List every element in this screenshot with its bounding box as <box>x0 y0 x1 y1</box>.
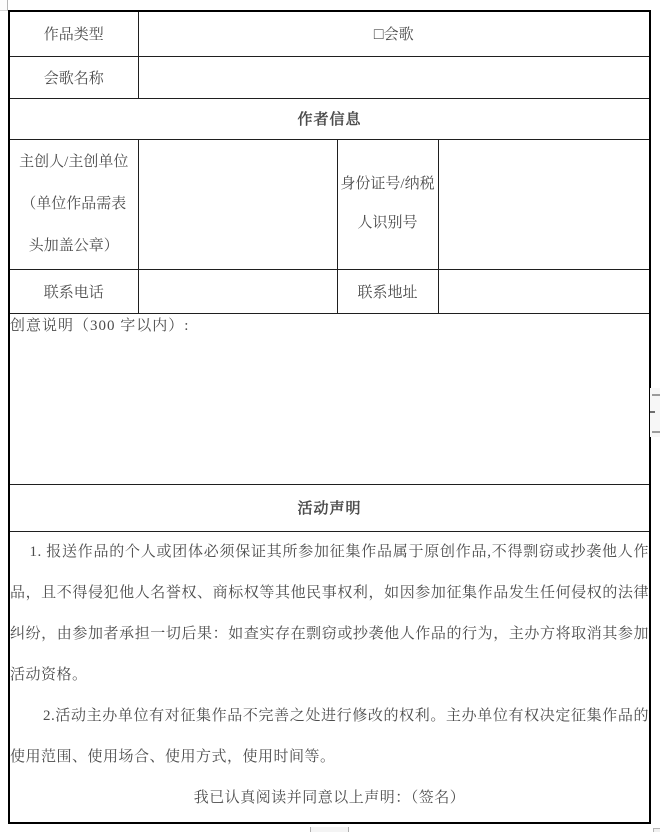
phone-label: 联系电话 <box>9 269 138 313</box>
creator-label: 主创人/主创单位 （单位作品需表 头加盖公章） <box>9 139 138 269</box>
creator-label-line: 主创人/主创单位 <box>10 141 138 183</box>
checkbox-icon[interactable]: □ <box>374 26 384 44</box>
next-page-cell-fragment <box>310 827 349 832</box>
creator-input-cell[interactable] <box>138 139 337 269</box>
creative-note-cell[interactable]: 创意说明（300 字以内）: <box>9 313 650 484</box>
table-row: 1. 报送作品的个人或团体必须保证其所参加征集作品属于原创作品,不得剽窃或抄袭他… <box>9 531 650 823</box>
anthem-name-input-cell[interactable] <box>138 56 650 98</box>
declaration-paragraph-2: 2.活动主办单位有对征集作品不完善之处进行修改的权利。主办单位有权决定征集作品的… <box>10 696 649 778</box>
signature-line: 我已认真阅读并同意以上声明：（签名） <box>10 778 649 819</box>
scrollbar-thumb-icon <box>650 411 655 413</box>
scrollbar-fragment[interactable] <box>650 388 660 437</box>
address-label: 联系地址 <box>337 269 438 313</box>
table-row: 创意说明（300 字以内）: <box>9 313 650 484</box>
table-row: 活动声明 <box>9 484 650 531</box>
work-type-value-cell: □会歌 <box>138 11 650 56</box>
bottom-right-corner-fragment <box>653 828 660 832</box>
work-type-label: 作品类型 <box>9 11 138 56</box>
declaration-paragraph-1: 1. 报送作品的个人或团体必须保证其所参加征集作品属于原创作品,不得剽窃或抄袭他… <box>10 532 649 696</box>
creator-label-line: 头加盖公章） <box>10 225 138 267</box>
id-number-label: 身份证号/纳税 人识别号 <box>337 139 438 269</box>
submission-form-table: 作品类型 □会歌 会歌名称 作者信息 主创人/主创单位 （单位作品需表 头加盖公… <box>8 10 651 824</box>
creative-note-label: 创意说明（300 字以内）: <box>10 318 189 334</box>
creator-label-line: （单位作品需表 <box>10 183 138 225</box>
id-number-input-cell[interactable] <box>438 139 650 269</box>
scrollbar-dash-icon <box>652 431 660 433</box>
table-row: 主创人/主创单位 （单位作品需表 头加盖公章） 身份证号/纳税 人识别号 <box>9 139 650 269</box>
phone-input-cell[interactable] <box>138 269 337 313</box>
author-section-header: 作者信息 <box>9 98 650 139</box>
table-row: 作者信息 <box>9 98 650 139</box>
table-row: 会歌名称 <box>9 56 650 98</box>
table-row: 联系电话 联系地址 <box>9 269 650 313</box>
table-row: 作品类型 □会歌 <box>9 11 650 56</box>
anthem-name-label: 会歌名称 <box>9 56 138 98</box>
work-type-option-label: 会歌 <box>384 27 414 43</box>
id-number-label-line: 人识别号 <box>338 204 438 243</box>
id-number-label-line: 身份证号/纳税 <box>338 165 438 204</box>
previous-element-corner-fragment <box>0 0 8 11</box>
declaration-body-cell: 1. 报送作品的个人或团体必须保证其所参加征集作品属于原创作品,不得剽窃或抄袭他… <box>9 531 650 823</box>
address-input-cell[interactable] <box>438 269 650 313</box>
scrollbar-dash-icon <box>652 394 660 396</box>
declaration-section-header: 活动声明 <box>9 484 650 531</box>
